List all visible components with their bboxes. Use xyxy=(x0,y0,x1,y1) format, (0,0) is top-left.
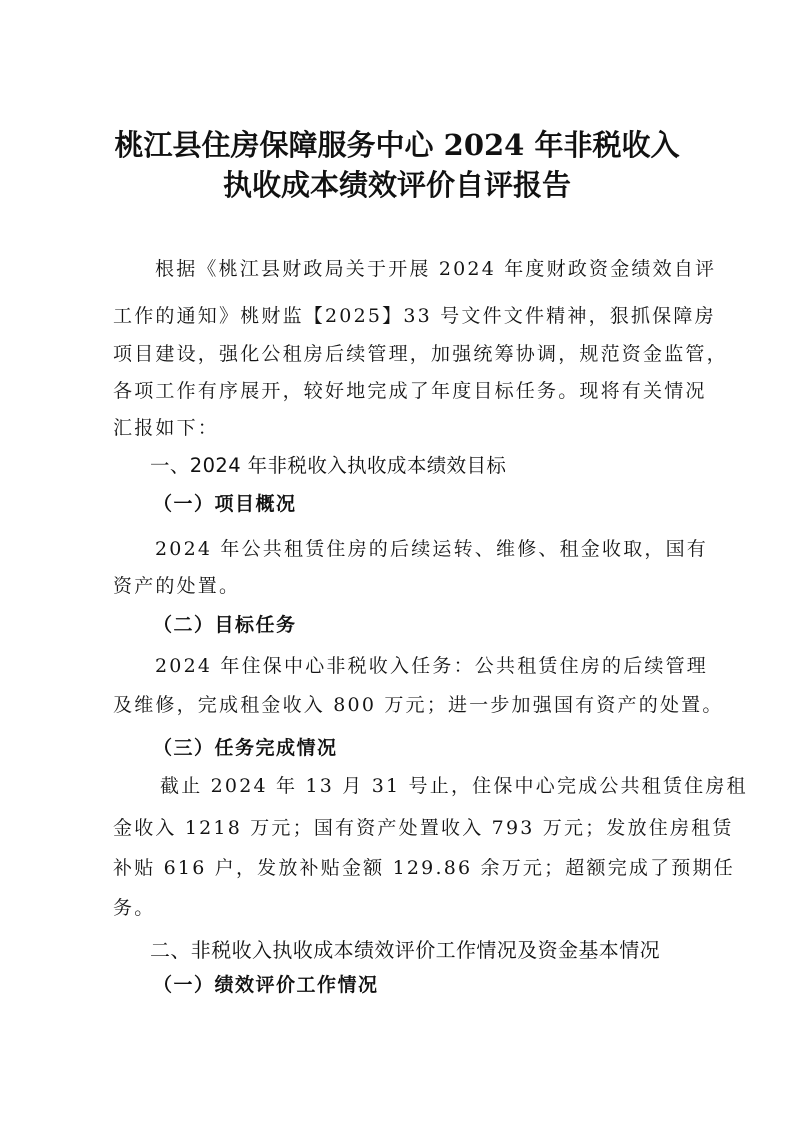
section-1-sub-3-line: 截止 2024 年 13 月 31 号止，住保中心完成公共租赁住房租 xyxy=(160,773,750,799)
section-1-sub-2-heading: （二）目标任务 xyxy=(153,612,297,638)
intro-paragraph-line: 汇报如下： xyxy=(113,415,703,441)
document-title-line1: 桃江县住房保障服务中心 2024 年非税收入 xyxy=(0,125,794,165)
section-1-sub-2-line: 2024 年住保中心非税收入任务：公共租赁住房的后续管理 xyxy=(155,653,745,679)
intro-paragraph-line: 各项工作有序展开，较好地完成了年度目标任务。现将有关情况 xyxy=(113,378,703,404)
section-1-sub-3-line: 务。 xyxy=(113,895,703,921)
section-2-sub-1-heading: （一）绩效评价工作情况 xyxy=(153,972,379,998)
section-1-sub-2-line: 及维修，完成租金收入 800 万元；进一步加强国有资产的处置。 xyxy=(113,692,703,718)
intro-paragraph-line: 项目建设，强化公租房后续管理，加强统筹协调，规范资金监管， xyxy=(113,341,703,367)
document-page: 桃江县住房保障服务中心 2024 年非税收入 执收成本绩效评价自评报告 根据《桃… xyxy=(0,0,794,1122)
section-1-sub-3-line: 补贴 616 户，发放补贴金额 129.86 余万元；超额完成了预期任 xyxy=(113,855,703,881)
intro-paragraph-line: 工作的通知》桃财监【2025】33 号文件文件精神，狠抓保障房 xyxy=(113,303,703,329)
section-2-heading: 二、非税收入执收成本绩效评价工作情况及资金基本情况 xyxy=(150,937,660,963)
section-1-sub-3-line: 金收入 1218 万元；国有资产处置收入 793 万元；发放住房租赁 xyxy=(113,815,703,841)
section-1-sub-3-heading: （三）任务完成情况 xyxy=(153,735,338,761)
section-1-sub-1-heading: （一）项目概况 xyxy=(153,491,297,517)
intro-paragraph-line: 根据《桃江县财政局关于开展 2024 年度财政资金绩效自评 xyxy=(155,256,745,282)
section-1-sub-1-line: 资产的处置。 xyxy=(113,573,703,599)
document-title-line2: 执收成本绩效评价自评报告 xyxy=(0,165,794,205)
section-1-sub-1-line: 2024 年公共租赁住房的后续运转、维修、租金收取，国有 xyxy=(155,536,745,562)
section-1-heading: 一、2024 年非税收入执收成本绩效目标 xyxy=(150,453,506,479)
